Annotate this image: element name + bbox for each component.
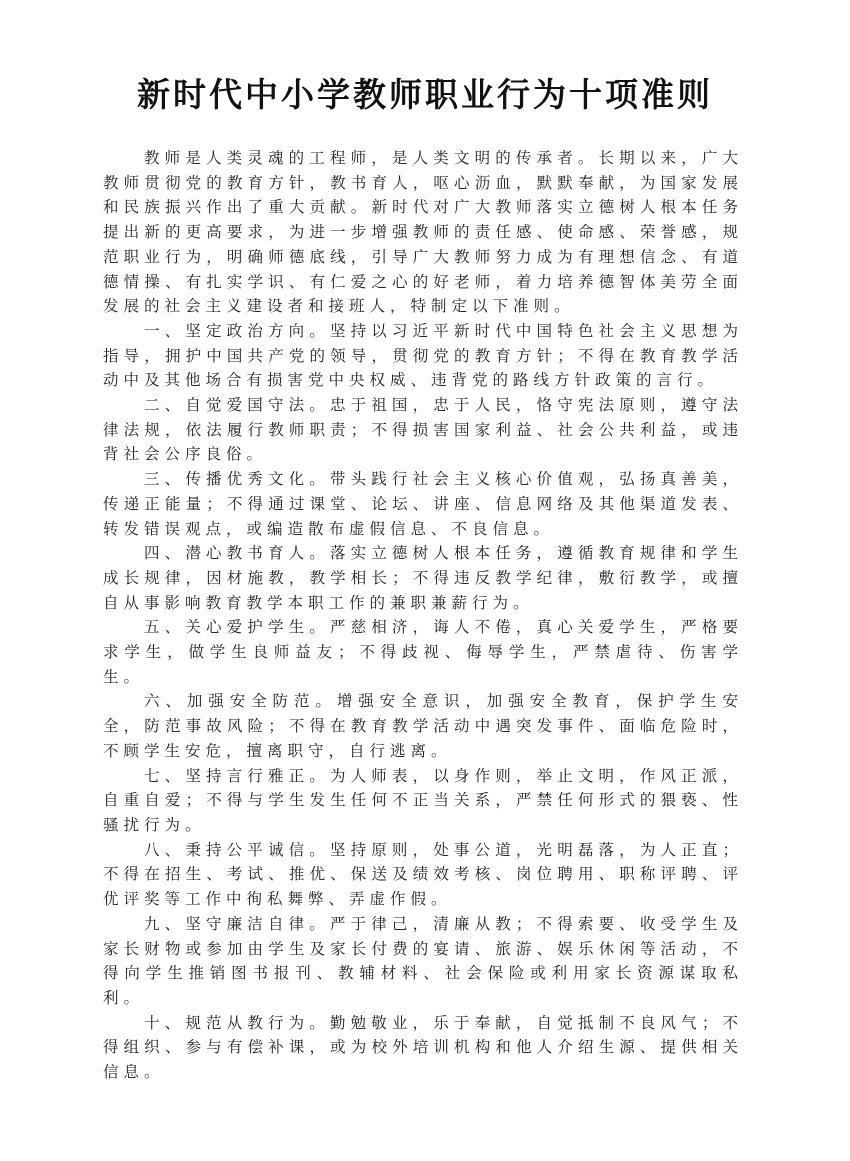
article-4-teaching: 四、潜心教书育人。落实立德树人根本任务，遵循教育规律和学生成长规律，因材施教，教… [103,541,743,615]
article-9-integrity: 九、坚守廉洁自律。严于律己，清廉从教；不得索要、收受学生及家长财物或参加由学生及… [103,912,743,1011]
document-body: 教师是人类灵魂的工程师，是人类文明的传承者。长期以来，广大教师贯彻党的教育方针，… [103,146,743,1085]
document-page: 新时代中小学教师职业行为十项准则 教师是人类灵魂的工程师，是人类文明的传承者。长… [0,0,850,1161]
article-8-fairness: 八、秉持公平诚信。坚持原则，处事公道，光明磊落，为人正直；不得在招生、考试、推优… [103,838,743,912]
article-1-political-direction: 一、坚定政治方向。坚持以习近平新时代中国特色社会主义思想为指导，拥护中国共产党的… [103,319,743,393]
preamble-paragraph: 教师是人类灵魂的工程师，是人类文明的传承者。长期以来，广大教师贯彻党的教育方针，… [103,146,743,319]
article-7-conduct: 七、坚持言行雅正。为人师表，以身作则，举止文明，作风正派，自重自爱；不得与学生发… [103,764,743,838]
article-5-caring-students: 五、关心爱护学生。严慈相济，诲人不倦，真心关爱学生，严格要求学生，做学生良师益友… [103,615,743,689]
article-6-safety: 六、加强安全防范。增强安全意识，加强安全教育，保护学生安全，防范事故风险；不得在… [103,689,743,763]
article-10-professional-behavior: 十、规范从教行为。勤勉敬业，乐于奉献，自觉抵制不良风气；不得组织、参与有偿补课，… [103,1011,743,1085]
document-title: 新时代中小学教师职业行为十项准则 [0,70,850,120]
article-2-patriotism-law: 二、自觉爱国守法。忠于祖国，忠于人民，恪守宪法原则，遵守法律法规，依法履行教师职… [103,393,743,467]
article-3-culture: 三、传播优秀文化。带头践行社会主义核心价值观，弘扬真善美，传递正能量；不得通过课… [103,467,743,541]
